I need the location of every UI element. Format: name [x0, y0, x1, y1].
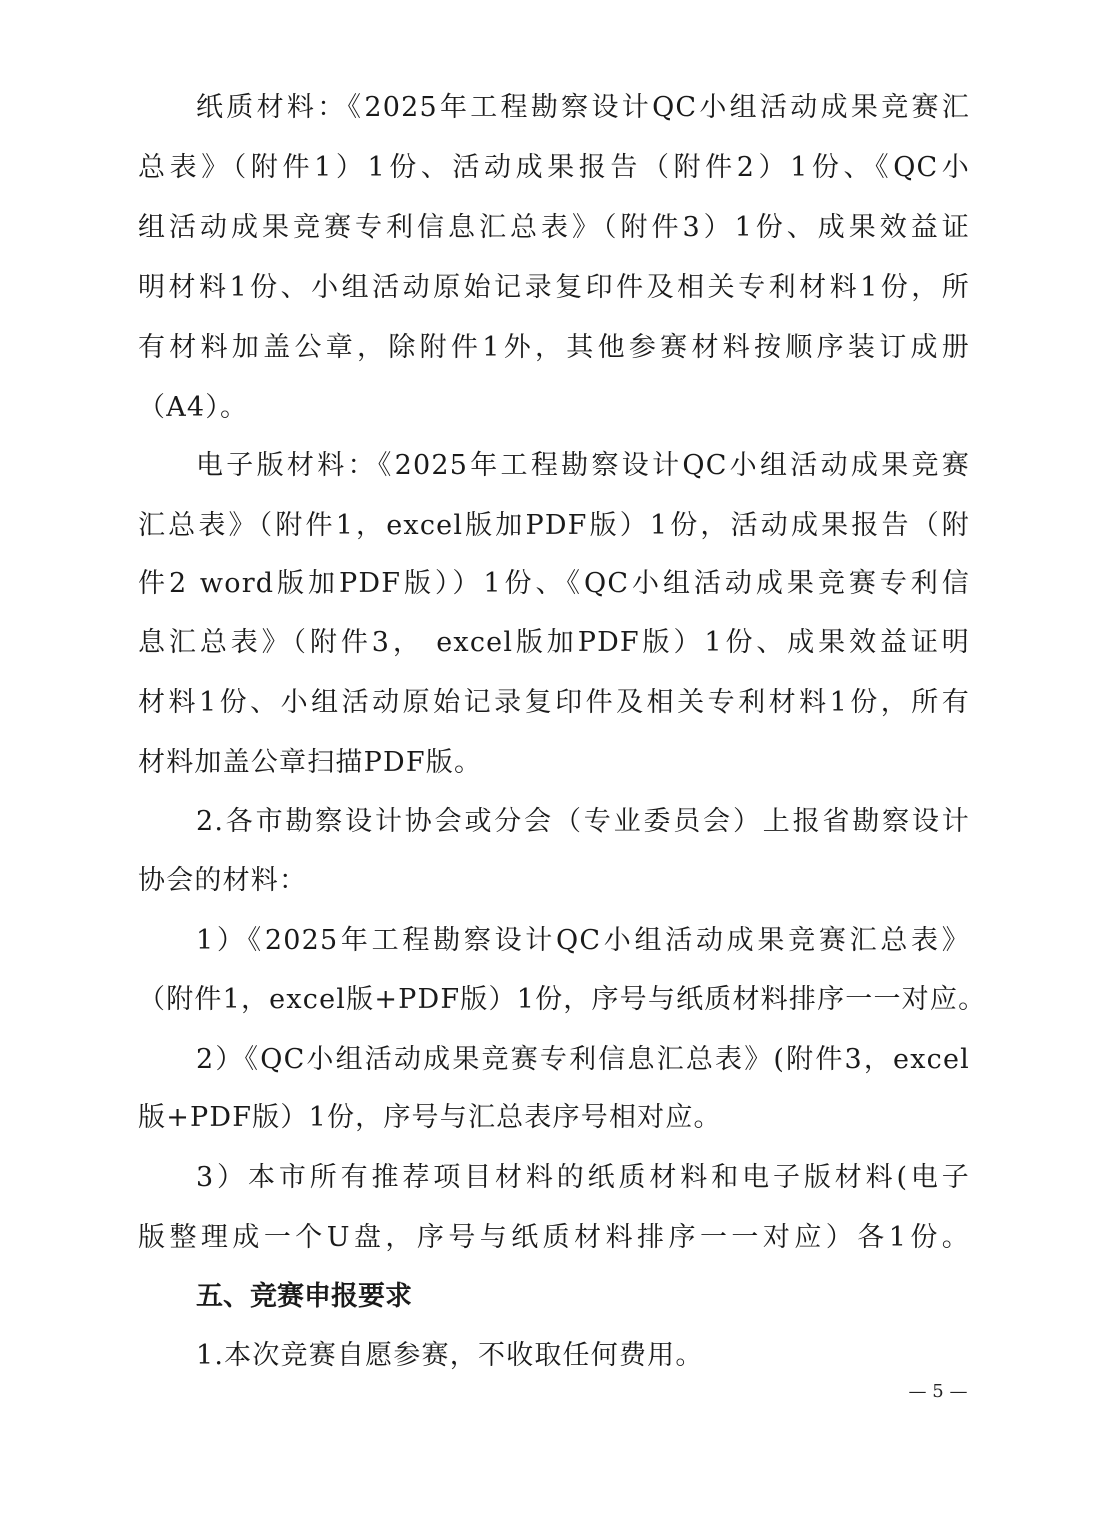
page-number: — 5 —: [898, 1378, 978, 1406]
paragraph-line: 协会的材料：: [138, 861, 970, 901]
list-item-line: （附件1，excel版+PDF版）1份，序号与纸质材料排序一一对应。: [138, 980, 970, 1020]
paragraph-line: 纸质材料：《2025年工程勘察设计QC小组活动成果竞赛汇: [196, 88, 970, 128]
paragraph-line: 2.各市勘察设计协会或分会（专业委员会）上报省勘察设计: [196, 802, 970, 842]
paragraph-line: 电子版材料：《2025年工程勘察设计QC小组活动成果竞赛: [196, 446, 970, 486]
paragraph-line: 息汇总表》（附件3， excel版加PDF版）1份、成果效益证明: [138, 623, 970, 663]
paragraph-line: 组活动成果竞赛专利信息汇总表》（附件3）1份、成果效益证: [138, 208, 970, 248]
paragraph-line: 总表》（附件1）1份、活动成果报告（附件2）1份、《QC小: [138, 148, 970, 188]
paragraph-line: 材料1份、小组活动原始记录复印件及相关专利材料1份，所有: [138, 683, 970, 723]
list-item-line: 版整理成一个U盘，序号与纸质材料排序一一对应）各1份。: [138, 1218, 970, 1258]
list-item-line: 版+PDF版）1份，序号与汇总表序号相对应。: [138, 1098, 970, 1138]
paragraph-line: 材料加盖公章扫描PDF版。: [138, 743, 970, 783]
list-item-line: 2）《QC小组活动成果竞赛专利信息汇总表》(附件3，excel: [196, 1040, 970, 1080]
section-heading: 五、竞赛申报要求: [196, 1277, 970, 1317]
list-item-line: 3）本市所有推荐项目材料的纸质材料和电子版材料(电子: [196, 1158, 970, 1198]
paragraph-line: 件2 word版加PDF版））1份、《QC小组活动成果竞赛专利信: [138, 564, 970, 604]
paragraph-line: 1.本次竞赛自愿参赛，不收取任何费用。: [196, 1336, 970, 1376]
paragraph-line: 汇总表》（附件1，excel版加PDF版）1份，活动成果报告（附: [138, 506, 970, 546]
paragraph-line: 有材料加盖公章，除附件1外，其他参赛材料按顺序装订成册: [138, 328, 970, 368]
list-item-line: 1）《2025年工程勘察设计QC小组活动成果竞赛汇总表》: [196, 921, 970, 961]
paragraph-line: （A4）。: [138, 388, 970, 428]
paragraph-line: 明材料1份、小组活动原始记录复印件及相关专利材料1份，所: [138, 268, 970, 308]
document-page: 纸质材料：《2025年工程勘察设计QC小组活动成果竞赛汇 总表》（附件1）1份、…: [0, 0, 1112, 1539]
